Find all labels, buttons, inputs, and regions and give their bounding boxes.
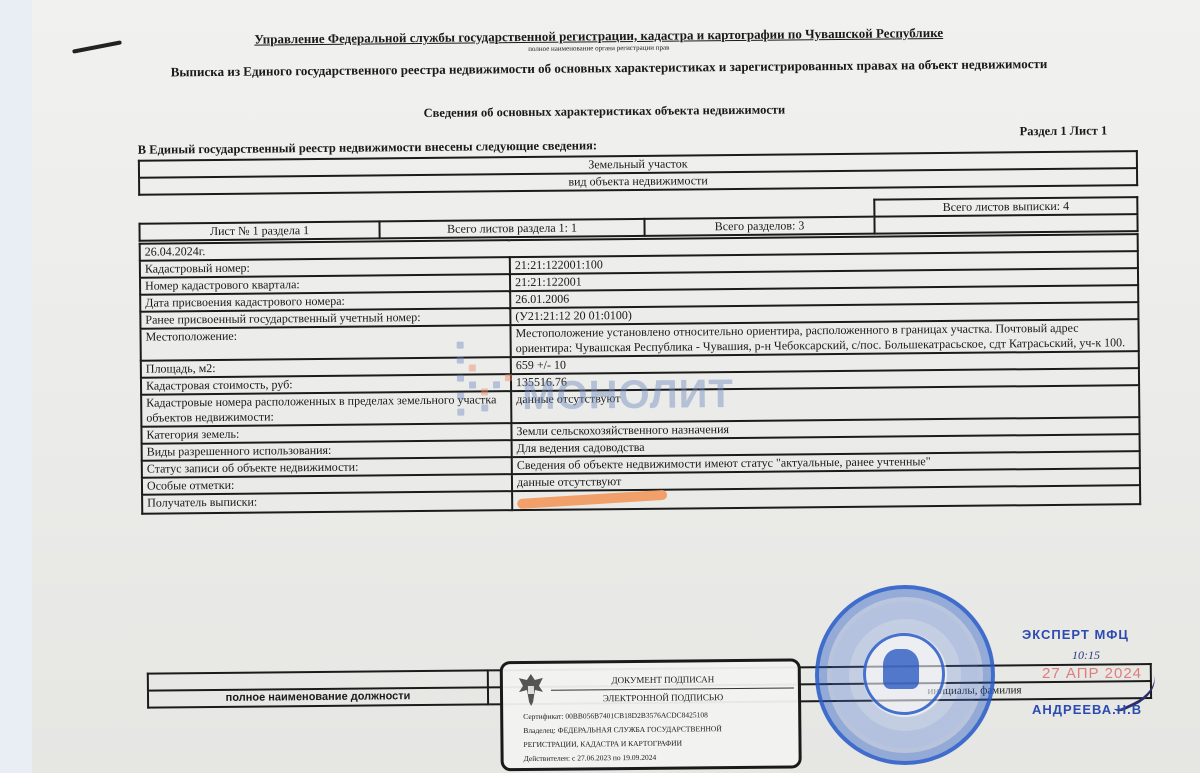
- mfc-round-stamp: [815, 585, 995, 765]
- esig-line2: ЭЛЕКТРОННОЙ ПОДПИСЬЮ: [563, 692, 763, 704]
- intro-text: В Единый государственный реестр недвижим…: [138, 138, 597, 157]
- sheet-number: Лист № 1 раздела 1: [139, 221, 379, 240]
- row-label: Местоположение:: [140, 325, 510, 361]
- redacted-recipient: [517, 490, 667, 509]
- characteristics-table: 26.04.2024г. Кадастровый номер: 21:21:12…: [139, 233, 1142, 515]
- esig-owner: Владелец: ФЕДЕРАЛЬНАЯ СЛУЖБА ГОСУДАРСТВЕ…: [523, 724, 721, 735]
- stamp-expert: ЭКСПЕРТ МФЦ: [1022, 627, 1129, 642]
- document-title: Выписка из Единого государственного реес…: [159, 56, 1059, 81]
- esig-line1: ДОКУМЕНТ ПОДПИСАН: [563, 674, 763, 686]
- stamp-time: 10:15: [1072, 648, 1100, 663]
- extract-document: Управление Федеральной службы государств…: [28, 0, 1200, 773]
- row-label: Кадастровые номера расположенных в преде…: [141, 391, 511, 427]
- position-caption: полное наименование должности: [148, 687, 488, 707]
- section-sheets: Всего листов раздела 1: 1: [379, 219, 644, 239]
- eagle-emblem-icon: [517, 672, 545, 708]
- esig-certificate: Сертификат: 00BB056B7401CB18D2B3576ACDC8…: [523, 710, 708, 721]
- electronic-signature-box: ДОКУМЕНТ ПОДПИСАН ЭЛЕКТРОННОЙ ПОДПИСЬЮ С…: [500, 658, 802, 771]
- document-subtitle: Сведения об основных характеристиках объ…: [329, 102, 879, 122]
- section-label: Раздел 1 Лист 1: [1020, 123, 1108, 139]
- total-sections: Всего разделов: 3: [644, 217, 874, 236]
- esig-validity: Действителен: с 27.06.2023 по 19.09.2024: [524, 753, 657, 763]
- chuvash-emblem-icon: [883, 649, 919, 689]
- row-label: Получатель выписки:: [142, 491, 512, 514]
- document-photo: Управление Федеральной службы государств…: [32, 0, 1200, 773]
- object-type-table: Земельный участок вид объекта недвижимос…: [138, 150, 1138, 196]
- esig-owner-cont: РЕГИСТРАЦИИ, КАДАСТРА И КАРТОГРАФИИ: [523, 739, 682, 750]
- stamp-name: АНДРЕЕВА.Н.В: [1032, 702, 1142, 717]
